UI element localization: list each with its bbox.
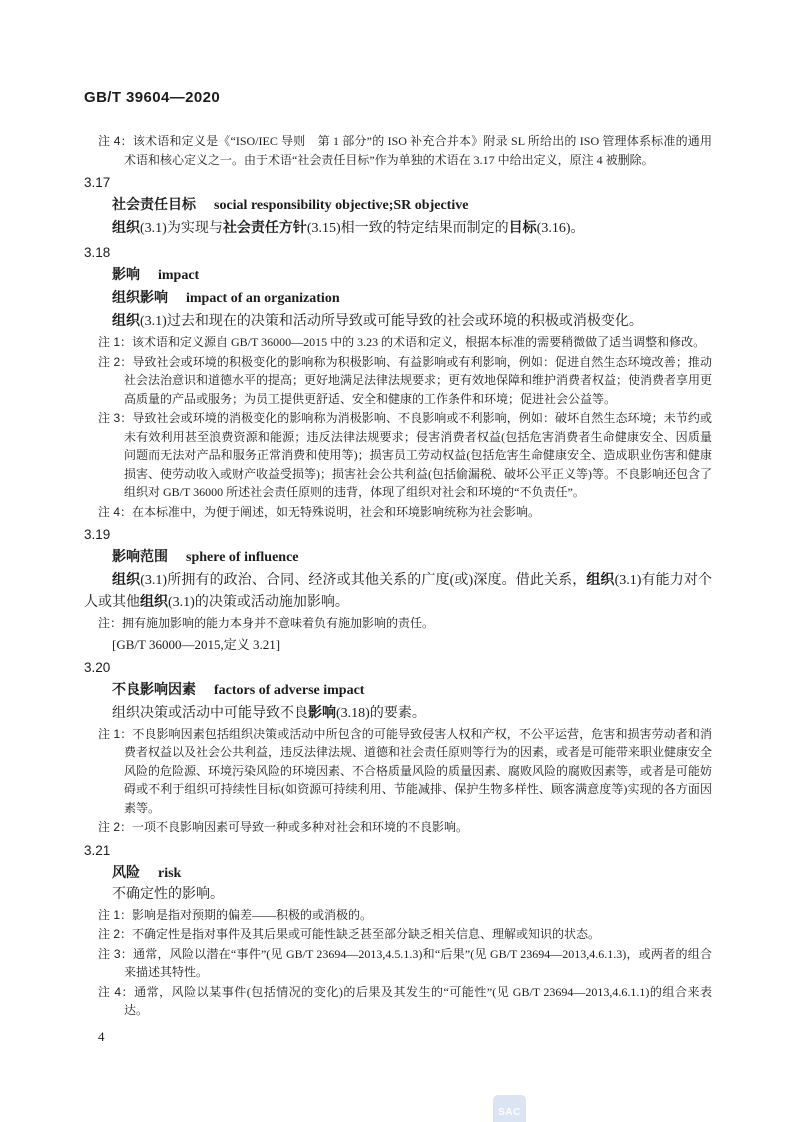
defined-term-bold: 目标 (509, 219, 537, 235)
definition-text: 组织(3.1)为实现与社会责任方针(3.15)相一致的特定结果而制定的目标(3.… (84, 217, 712, 239)
term-english: impact of an organization (186, 291, 340, 306)
note-label: 注 2： (98, 355, 132, 369)
term-line: 组织影响impact of an organization (112, 287, 712, 309)
note-label: 注 3： (98, 947, 133, 961)
definition-segment: (3.18)的要素。 (336, 706, 426, 721)
defined-term-bold: 组织 (112, 219, 140, 235)
note: 注 2：导致社会或环境的积极变化的影响称为积极影响、有益影响或有利影响，例如：促… (84, 353, 712, 409)
note-label: 注 4： (98, 505, 132, 519)
term-chinese: 风险 (112, 864, 140, 880)
note-text: 导致社会或环境的消极变化的影响称为消极影响、不良影响或不利影响，例如：破坏自然生… (124, 411, 712, 499)
note: 注 2：一项不良影响因素可导致一种或多种对社会和环境的不良影响。 (84, 818, 712, 837)
note-text: 该术语和定义源自 GB/T 36000—2015 中的 3.23 的术语和定义，… (132, 335, 705, 349)
note-label: 注 4： (98, 985, 134, 999)
term-line: 不良影响因素factors of adverse impact (112, 679, 712, 701)
note: 注 4：在本标准中，为便于阐述，如无特殊说明，社会和环境影响统称为社会影响。 (84, 503, 712, 522)
note-text: 不确定性是指对事件及其后果或可能性缺乏甚至部分缺乏相关信息、理解或知识的状态。 (132, 927, 600, 941)
note: 注 4：通常，风险以某事件(包括情况的变化)的后果及其发生的“可能性”(见 GB… (84, 983, 712, 1020)
term-line: 风险risk (112, 862, 712, 884)
definition-segment: 不确定性的影响。 (112, 887, 224, 902)
note-text: 在本标准中，为便于阐述，如无特殊说明，社会和环境影响统称为社会影响。 (132, 505, 540, 519)
defined-term-bold: 影响 (308, 704, 336, 720)
definition-text: 组织(3.1)过去和现在的决策和活动所导致或可能导致的社会或环境的积极或消极变化… (84, 310, 712, 332)
note-label: 注 3： (98, 411, 132, 425)
definition-segment: (3.1)所拥有的政治、合同、经济或其他关系的广度(或)深度。借此关系， (140, 573, 586, 588)
clause-number: 3.21 (84, 841, 712, 860)
note-text: 一项不良影响因素可导致一种或多种对社会和环境的不良影响。 (132, 820, 468, 834)
defined-term-bold: 组织 (112, 312, 140, 328)
term-english: risk (158, 866, 181, 881)
term-chinese: 影响 (112, 266, 140, 282)
term-english: factors of adverse impact (214, 683, 364, 698)
definition-segment: (3.1)的决策或活动施加影响。 (168, 595, 349, 610)
sac-watermark-logo: SAC (493, 1095, 526, 1122)
term-chinese: 影响范围 (112, 548, 168, 564)
note: 注 1：影响是指对预期的偏差——积极的或消极的。 (84, 906, 712, 925)
defined-term-bold: 组织 (586, 571, 614, 587)
page-number: 4 (98, 1029, 105, 1045)
term-line: 影响范围sphere of influence (112, 546, 712, 568)
document-body: 注 4：该术语和定义是《“ISO/IEC 导则 第 1 部分”的 ISO 补充合… (84, 131, 712, 1021)
term-english: sphere of influence (186, 550, 299, 565)
clause-number: 3.19 (84, 525, 712, 544)
note-text: 该术语和定义是《“ISO/IEC 导则 第 1 部分”的 ISO 补充合并本》附… (124, 134, 712, 167)
term-chinese: 组织影响 (112, 289, 168, 305)
note: 注 3：通常，风险以潜在“事件”(见 GB/T 23694—2013,4.5.1… (84, 945, 712, 982)
definition-segment: (3.16)。 (537, 221, 585, 236)
term-english: impact (158, 268, 199, 283)
note-text: 导致社会或环境的积极变化的影响称为积极影响、有益影响或有利影响，例如：促进自然生… (124, 355, 712, 406)
definition-segment: (3.1)过去和现在的决策和活动所导致或可能导致的社会或环境的积极或消极变化。 (140, 314, 643, 329)
note: 注 2：不确定性是指对事件及其后果或可能性缺乏甚至部分缺乏相关信息、理解或知识的… (84, 925, 712, 944)
definition-segment: (3.15)相一致的特定结果而制定的 (307, 221, 509, 236)
term-english: social responsibility objective;SR objec… (214, 198, 468, 213)
watermark-text: SAC (498, 1107, 521, 1118)
term-chinese: 社会责任目标 (112, 196, 196, 212)
term-chinese: 不良影响因素 (112, 681, 196, 697)
note-text: 不良影响因素包括组织决策或活动中所包含的可能导致侵害人权和产权，不公平运营，危害… (124, 727, 712, 815)
defined-term-bold: 组织 (140, 593, 168, 609)
note: 注 1：该术语和定义源自 GB/T 36000—2015 中的 3.23 的术语… (84, 333, 712, 352)
note-text: 拥有施加影响的能力本身并不意味着负有施加影响的责任。 (122, 616, 434, 630)
note-label: 注 1： (98, 908, 132, 922)
standard-number-header: GB/T 39604—2020 (84, 89, 220, 106)
note: 注 4：该术语和定义是《“ISO/IEC 导则 第 1 部分”的 ISO 补充合… (84, 132, 712, 169)
definition-text: 组织决策或活动中可能导致不良影响(3.18)的要素。 (84, 702, 712, 724)
clause-number: 3.17 (84, 173, 712, 192)
source-reference: [GB/T 36000—2015,定义 3.21] (112, 635, 712, 654)
term-line: 社会责任目标social responsibility objective;SR… (112, 194, 712, 216)
defined-term-bold: 组织 (112, 571, 140, 587)
note: 注 1：不良影响因素包括组织决策或活动中所包含的可能导致侵害人权和产权，不公平运… (84, 725, 712, 818)
clause-number: 3.20 (84, 658, 712, 677)
note-label: 注 4： (98, 134, 133, 148)
note-text: 通常，风险以某事件(包括情况的变化)的后果及其发生的“可能性”(见 GB/T 2… (124, 985, 712, 1018)
definition-segment: (3.1)为实现与 (140, 221, 223, 236)
note-label: 注 1： (98, 335, 132, 349)
note: 注 3：导致社会或环境的消极变化的影响称为消极影响、不良影响或不利影响，例如：破… (84, 409, 712, 502)
definition-text: 组织(3.1)所拥有的政治、合同、经济或其他关系的广度(或)深度。借此关系，组织… (84, 569, 712, 613)
note-label: 注 2： (98, 820, 132, 834)
definition-segment: 组织决策或活动中可能导致不良 (112, 706, 308, 721)
note-label: 注： (98, 616, 122, 630)
note-label: 注 1： (98, 727, 132, 741)
note-text: 通常，风险以潜在“事件”(见 GB/T 23694—2013,4.5.1.3)和… (124, 947, 712, 980)
definition-text: 不确定性的影响。 (84, 885, 712, 905)
note-text: 影响是指对预期的偏差——积极的或消极的。 (132, 908, 372, 922)
note-label: 注 2： (98, 927, 132, 941)
clause-number: 3.18 (84, 243, 712, 262)
defined-term-bold: 社会责任方针 (223, 219, 307, 235)
note: 注：拥有施加影响的能力本身并不意味着负有施加影响的责任。 (84, 614, 712, 633)
term-line: 影响impact (112, 264, 712, 286)
